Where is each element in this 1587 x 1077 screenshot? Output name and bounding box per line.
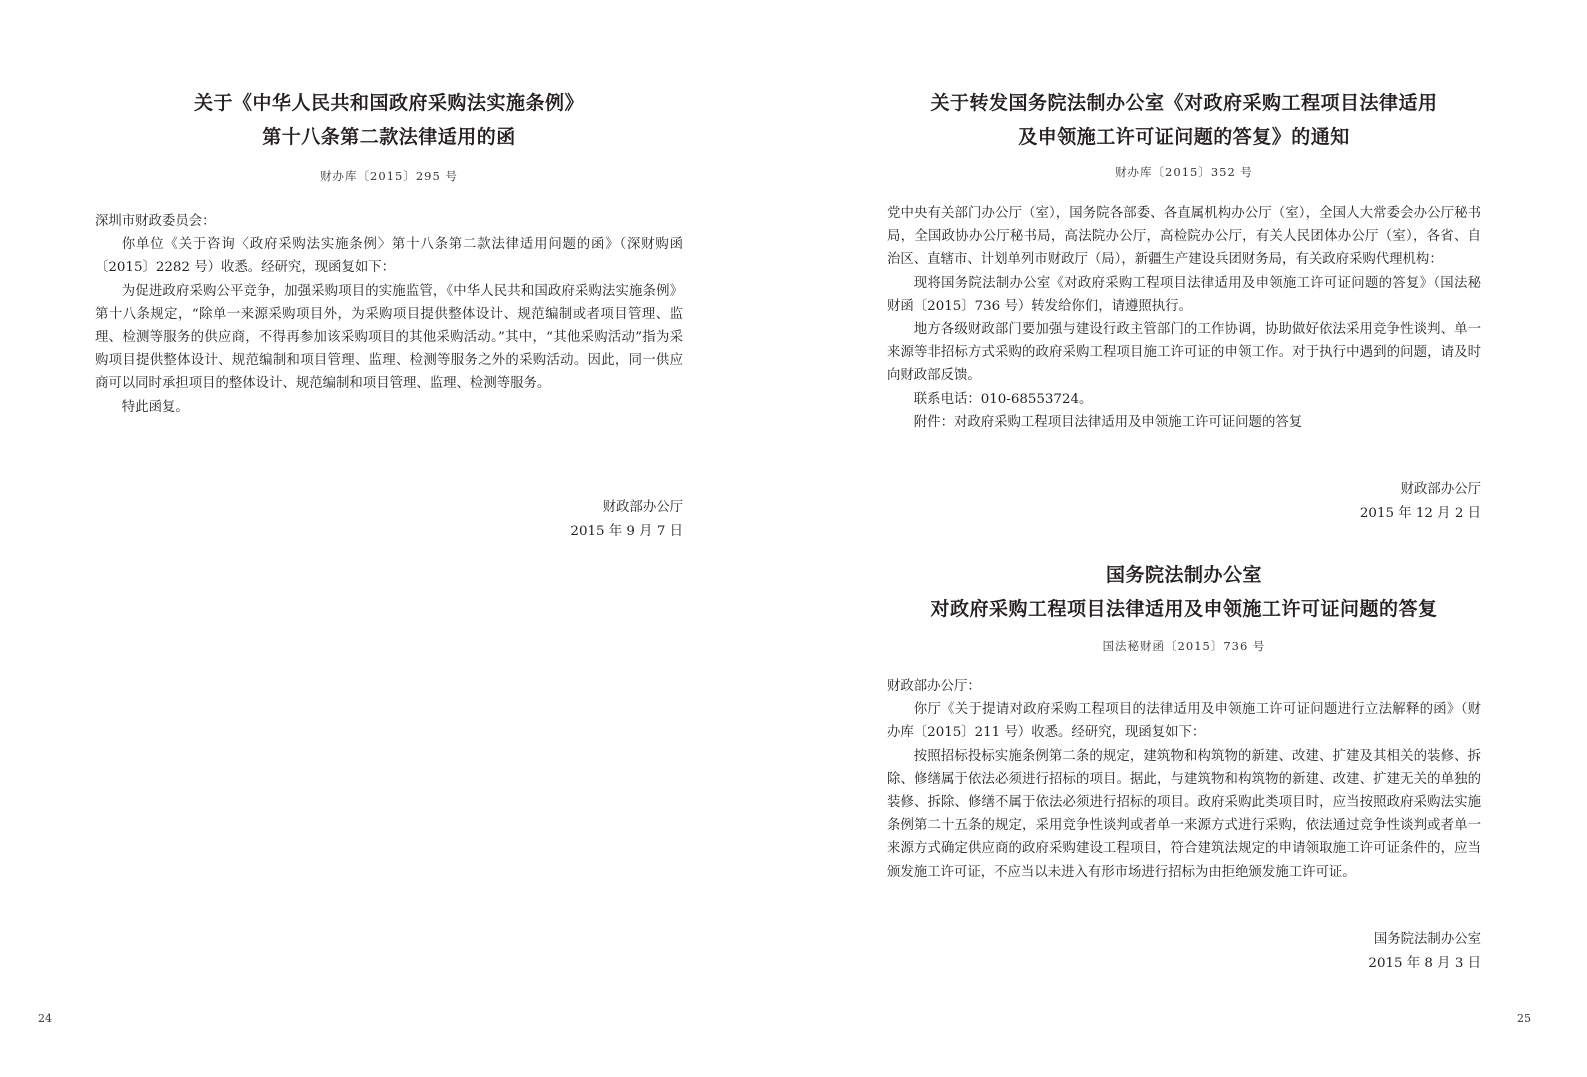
doc3-salutation: 财政部办公厅：	[887, 675, 1481, 698]
doc2-signature-block: 财政部办公厅 2015 年 12 月 2 日	[887, 478, 1481, 526]
doc3-title-line-2: 对政府采购工程项目法律适用及申领施工许可证问题的答复	[887, 592, 1481, 626]
doc2-title-line-2: 及申领施工许可证问题的答复》的通知	[887, 120, 1481, 154]
doc3-title-line-1: 国务院法制办公室	[887, 558, 1481, 592]
doc2-salutation: 党中央有关部门办公厅（室），国务院各部委、各直属机构办公厅（室），全国人大常委会…	[887, 202, 1481, 272]
doc2-date: 2015 年 12 月 2 日	[887, 502, 1481, 526]
doc2-paragraph-2: 地方各级财政部门要加强与建设行政主管部门的工作协调，协助做好依法采用竞争性谈判、…	[887, 318, 1481, 388]
doc2-body: 党中央有关部门办公厅（室），国务院各部委、各直属机构办公厅（室），全国人大常委会…	[887, 202, 1481, 434]
doc2-signature: 财政部办公厅	[887, 478, 1481, 502]
doc3-signature-block: 国务院法制办公室 2015 年 8 月 3 日	[887, 928, 1481, 976]
doc2-contact-phone: 联系电话：010-68553724。	[887, 388, 1481, 411]
doc2-attachment: 附件：对政府采购工程项目法律适用及申领施工许可证问题的答复	[887, 411, 1481, 434]
doc3-paragraph-1: 你厅《关于提请对政府采购工程项目的法律适用及申领施工许可证问题进行立法解释的函》…	[887, 698, 1481, 744]
page-number-right: 25	[1517, 1012, 1531, 1025]
doc3-header: 国务院法制办公室 对政府采购工程项目法律适用及申领施工许可证问题的答复 国法秘财…	[887, 558, 1481, 654]
doc3-number: 国法秘财函〔2015〕736 号	[887, 638, 1481, 654]
doc2-header: 关于转发国务院法制办公室《对政府采购工程项目法律适用 及申领施工许可证问题的答复…	[887, 86, 1481, 180]
right-page: 关于转发国务院法制办公室《对政府采购工程项目法律适用 及申领施工许可证问题的答复…	[0, 0, 1587, 1077]
doc2-number: 财办库〔2015〕352 号	[887, 164, 1481, 180]
doc3-paragraph-2: 按照招标投标实施条例第二条的规定，建筑物和构筑物的新建、改建、扩建及其相关的装修…	[887, 745, 1481, 884]
doc3-signature: 国务院法制办公室	[887, 928, 1481, 952]
doc2-title-line-1: 关于转发国务院法制办公室《对政府采购工程项目法律适用	[887, 86, 1481, 120]
doc3-body: 财政部办公厅： 你厅《关于提请对政府采购工程项目的法律适用及申领施工许可证问题进…	[887, 675, 1481, 884]
doc2-paragraph-1: 现将国务院法制办公室《对政府采购工程项目法律适用及申领施工许可证问题的答复》（国…	[887, 272, 1481, 318]
doc3-date: 2015 年 8 月 3 日	[887, 952, 1481, 976]
